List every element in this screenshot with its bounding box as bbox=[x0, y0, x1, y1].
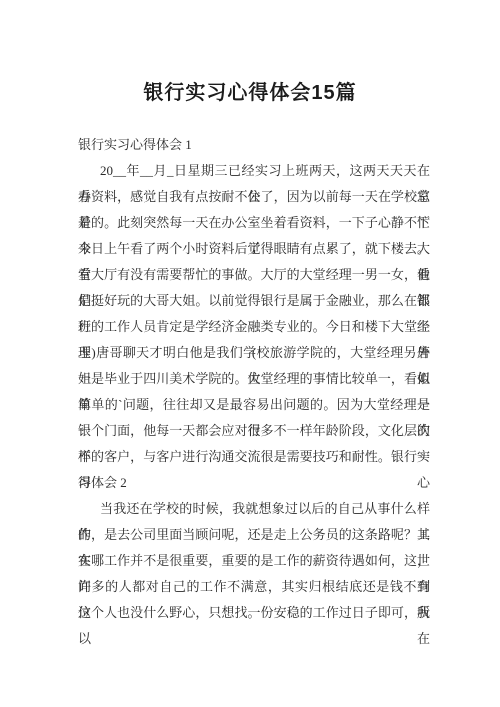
text-lines: 银行实习心得体会 120__年__月_日星期三已经实习上班两天，这两天天天在办公… bbox=[78, 132, 430, 626]
document-page: 银行实习心得体会15篇 银行实习心得体会 120__年__月_日星期三已经实习上… bbox=[0, 0, 500, 707]
text-line: 着的。此刻突然每一天在办公室坐着看资料，一下子心静不下来了。 bbox=[78, 210, 430, 236]
text-line: 样的客户，与客户进行沟通交流很是需要技巧和耐性。银行实习心 bbox=[78, 444, 430, 470]
text-line: 20__年__月_日星期三已经实习上班两天，这两天天天在办公室 bbox=[78, 158, 430, 184]
text-line: 班的工作人员肯定是学经济金融类专业的。今日和楼下大堂经理(唐 bbox=[78, 314, 430, 340]
text-line: 今日上午看了两个小时资料后觉得眼睛有点累了，就下楼去大堂看 bbox=[78, 236, 430, 262]
text-line: 这个人也没什么野心，只想找一份安稳的工作过日子即可，所以在 bbox=[78, 600, 430, 626]
document-title: 银行实习心得体会15篇 bbox=[0, 76, 500, 105]
text-line: 一个门面，他每一天都会应对很多不一样年龄阶段，文化层次不一 bbox=[78, 418, 430, 444]
text-line: 在哪工作并不是很重要，重要的是工作的薪资待遇如何，这世间有 bbox=[78, 548, 430, 574]
text-line: 作，是去公司里面当顾问呢，还是走上公务员的这条路呢？其实， bbox=[78, 522, 430, 548]
text-line: 姐是毕业于四川美术学院的。大堂经理的事情比较单一，看似单一 bbox=[78, 366, 430, 392]
text-line: 许多的人都对自己的工作不满意，其实归根结底还是钱不到位。我 bbox=[78, 574, 430, 600]
text-line: 看大厅有没有需要帮忙的事做。大厅的大堂经理一男一女，他们都 bbox=[78, 262, 430, 288]
text-line: 看资料，感觉自我有点按耐不住了，因为以前每一天在学校总是忙 bbox=[78, 184, 430, 210]
text-line: 玉)唐哥聊天才明白他是我们学校旅游学院的，大堂经理另外一位姐 bbox=[78, 340, 430, 366]
text-line: 简单的`问题，往往却又是最容易出问题的。因为大堂经理是银行的 bbox=[78, 392, 430, 418]
document-body: 银行实习心得体会 120__年__月_日星期三已经实习上班两天，这两天天天在办公… bbox=[78, 132, 430, 626]
text-line: 当我还在学校的时候，我就想象过以后的自己从事什么样的工 bbox=[78, 496, 430, 522]
text-line: 银行实习心得体会 1 bbox=[78, 132, 430, 158]
text-line: 是挺好玩的大哥大姐。以前觉得银行是属于金融业，那么在银行上 bbox=[78, 288, 430, 314]
